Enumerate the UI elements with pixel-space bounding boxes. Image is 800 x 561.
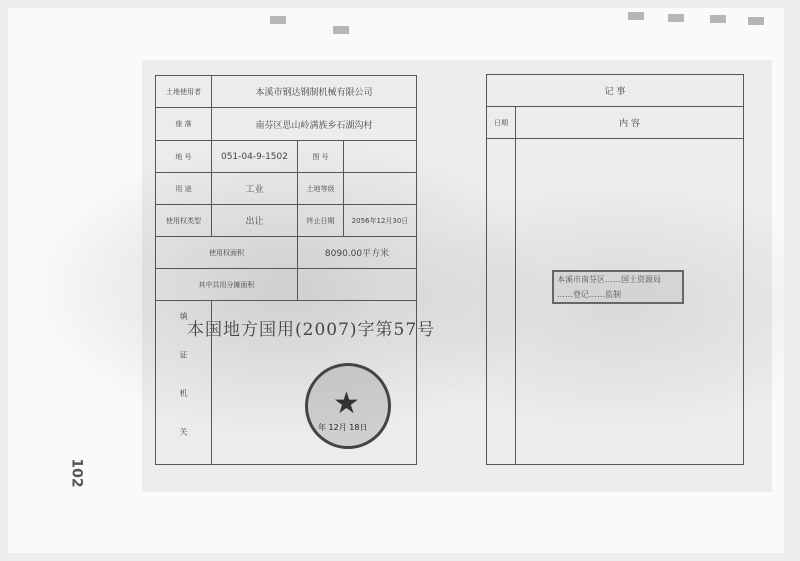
page-number: 102	[69, 458, 85, 487]
scan-artifact	[628, 12, 644, 20]
star-icon: ★	[333, 386, 360, 421]
scan-artifact	[710, 15, 726, 23]
land-grade-value	[344, 173, 417, 205]
memo-content-header: 内 容	[516, 107, 744, 139]
lot-number-value: 051-04-9-1502	[212, 141, 298, 173]
field-label: 使用权面积	[156, 237, 298, 269]
field-label: 土地等级	[298, 173, 344, 205]
area-value: 8090.00平方米	[298, 237, 417, 269]
field-label: 座 落	[156, 108, 212, 141]
stamp-line: 本溪市南芬区……国土资源局	[557, 272, 682, 287]
field-label: 土地使用者	[156, 76, 212, 108]
scan-artifact	[333, 26, 349, 34]
field-label: 用 途	[156, 173, 212, 205]
handwritten-certificate-number: 本国地方国用(2007)字第57号	[187, 315, 435, 340]
usage-value: 工业	[212, 173, 298, 205]
seal-date: 年 12月 18日	[318, 422, 367, 433]
official-seal: ★ 年 12月 18日	[305, 363, 391, 449]
field-label: 地 号	[156, 141, 212, 173]
field-label: 其中共用分摊面积	[156, 269, 298, 301]
end-date-value: 2056年12月30日	[344, 205, 417, 237]
scan-artifact	[668, 14, 684, 22]
land-user-value: 本溪市钢达钢制机械有限公司	[212, 76, 417, 108]
right-type-value: 出让	[212, 205, 298, 237]
stamp-line: ……登记……监制	[557, 287, 682, 302]
location-value: 南芬区思山岭满族乡石湖沟村	[212, 108, 417, 141]
field-label: 图 号	[298, 141, 344, 173]
scan-artifact	[748, 17, 764, 25]
memo-date-header: 日期	[487, 107, 516, 139]
scan-artifact	[270, 16, 286, 24]
memo-title: 记 事	[487, 75, 744, 107]
field-label: 终止日期	[298, 205, 344, 237]
registration-stamp: 本溪市南芬区……国土资源局 ……登记……监制	[552, 270, 684, 304]
field-label: 使用权类型	[156, 205, 212, 237]
shared-area-value	[298, 269, 417, 301]
map-number-value	[344, 141, 417, 173]
